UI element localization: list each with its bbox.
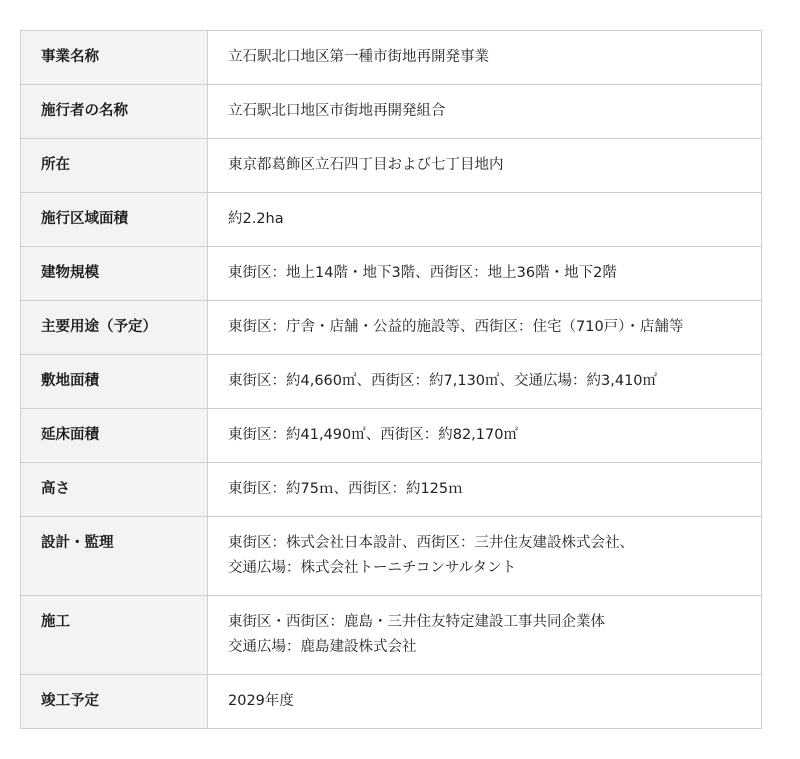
row-value: 2029年度 [208, 675, 762, 729]
table-row-area: 施行区域面積 約2.2ha [21, 193, 762, 247]
table-row-design-supervision: 設計・監理 東街区：株式会社日本設計、西街区：三井住友建設株式会社、 交通広場：… [21, 517, 762, 596]
row-label: 敷地面積 [21, 355, 208, 409]
value-line: 交通広場：鹿島建設株式会社 [228, 635, 761, 660]
row-label: 施工 [21, 596, 208, 675]
value-line: 東街区：地上14階・地下3階、西街区：地上36階・地下2階 [228, 261, 761, 286]
row-label: 延床面積 [21, 409, 208, 463]
row-value: 約2.2ha [208, 193, 762, 247]
row-value: 東街区：株式会社日本設計、西街区：三井住友建設株式会社、 交通広場：株式会社トー… [208, 517, 762, 596]
value-line: 東街区：庁舎・店舗・公益的施設等、西街区：住宅（710戸）・店舗等 [228, 315, 761, 340]
row-label: 建物規模 [21, 247, 208, 301]
table-row-implementer: 施行者の名称 立石駅北口地区市街地再開発組合 [21, 85, 762, 139]
value-line: 2029年度 [228, 689, 761, 714]
row-label: 施行区域面積 [21, 193, 208, 247]
row-value: 立石駅北口地区第一種市街地再開発事業 [208, 31, 762, 85]
project-overview-table: 事業名称 立石駅北口地区第一種市街地再開発事業 施行者の名称 立石駅北口地区市街… [20, 30, 762, 729]
table-row-project-name: 事業名称 立石駅北口地区第一種市街地再開発事業 [21, 31, 762, 85]
row-value: 東街区：約41,490㎡、西街区：約82,170㎡ [208, 409, 762, 463]
value-line: 立石駅北口地区市街地再開発組合 [228, 99, 761, 124]
table-row-height: 高さ 東街区：約75ｍ、西街区：約125ｍ [21, 463, 762, 517]
row-value: 東街区：地上14階・地下3階、西街区：地上36階・地下2階 [208, 247, 762, 301]
table-row-floor-area: 延床面積 東街区：約41,490㎡、西街区：約82,170㎡ [21, 409, 762, 463]
table-row-completion: 竣工予定 2029年度 [21, 675, 762, 729]
table-row-building-scale: 建物規模 東街区：地上14階・地下3階、西街区：地上36階・地下2階 [21, 247, 762, 301]
row-label: 主要用途（予定） [21, 301, 208, 355]
table-row-construction: 施工 東街区・西街区：鹿島・三井住友特定建設工事共同企業体 交通広場：鹿島建設株… [21, 596, 762, 675]
value-line: 東街区：株式会社日本設計、西街区：三井住友建設株式会社、 [228, 531, 761, 556]
row-value: 東京都葛飾区立石四丁目および七丁目地内 [208, 139, 762, 193]
row-value: 立石駅北口地区市街地再開発組合 [208, 85, 762, 139]
table-row-main-use: 主要用途（予定） 東街区：庁舎・店舗・公益的施設等、西街区：住宅（710戸）・店… [21, 301, 762, 355]
row-label: 施行者の名称 [21, 85, 208, 139]
value-line: 立石駅北口地区第一種市街地再開発事業 [228, 45, 761, 70]
row-value: 東街区：約4,660㎡、西街区：約7,130㎡、交通広場：約3,410㎡ [208, 355, 762, 409]
row-value: 東街区：庁舎・店舗・公益的施設等、西街区：住宅（710戸）・店舗等 [208, 301, 762, 355]
table-row-location: 所在 東京都葛飾区立石四丁目および七丁目地内 [21, 139, 762, 193]
value-line: 東街区・西街区：鹿島・三井住友特定建設工事共同企業体 [228, 610, 761, 635]
value-line: 東街区：約4,660㎡、西街区：約7,130㎡、交通広場：約3,410㎡ [228, 369, 761, 394]
row-label: 事業名称 [21, 31, 208, 85]
row-label: 所在 [21, 139, 208, 193]
row-label: 竣工予定 [21, 675, 208, 729]
value-line: 交通広場：株式会社トーニチコンサルタント [228, 556, 761, 581]
row-value: 東街区：約75ｍ、西街区：約125ｍ [208, 463, 762, 517]
row-label: 高さ [21, 463, 208, 517]
row-label: 設計・監理 [21, 517, 208, 596]
row-value: 東街区・西街区：鹿島・三井住友特定建設工事共同企業体 交通広場：鹿島建設株式会社 [208, 596, 762, 675]
value-line: 約2.2ha [228, 207, 761, 232]
table-row-site-area: 敷地面積 東街区：約4,660㎡、西街区：約7,130㎡、交通広場：約3,410… [21, 355, 762, 409]
value-line: 東京都葛飾区立石四丁目および七丁目地内 [228, 153, 761, 178]
value-line: 東街区：約41,490㎡、西街区：約82,170㎡ [228, 423, 761, 448]
value-line: 東街区：約75ｍ、西街区：約125ｍ [228, 477, 761, 502]
